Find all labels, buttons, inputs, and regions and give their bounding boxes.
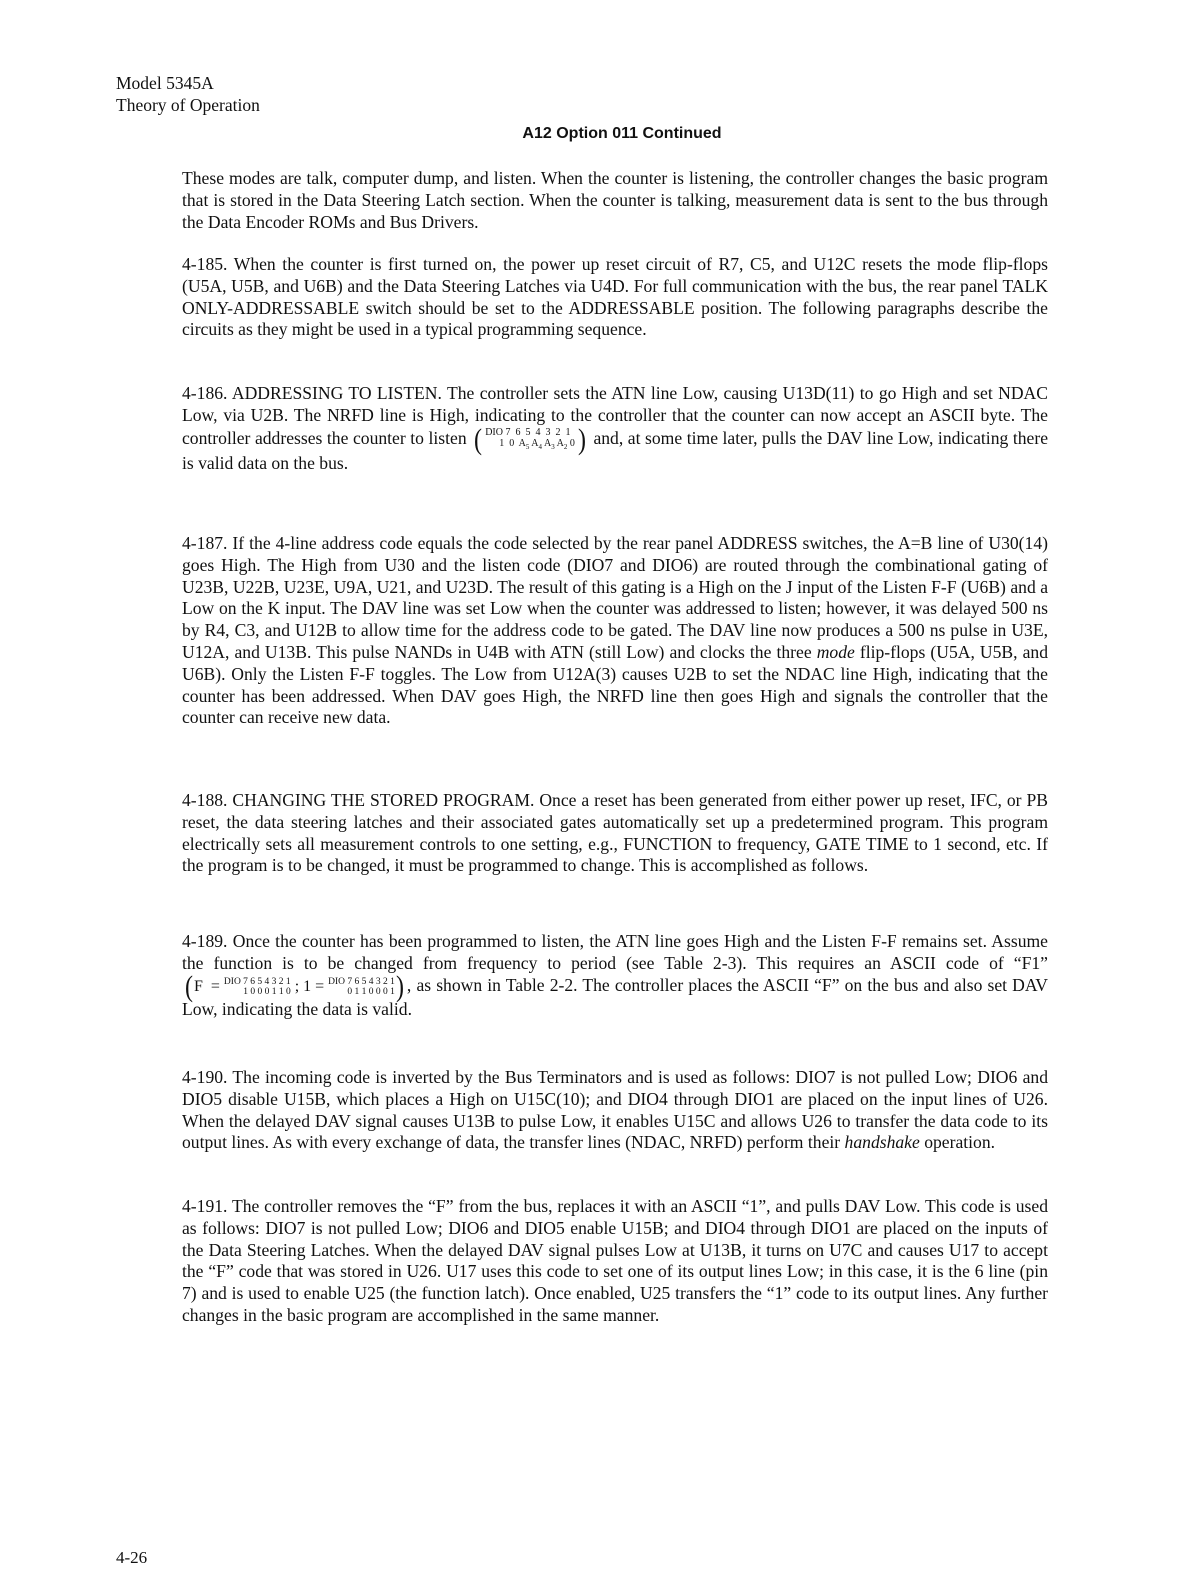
dio-code-rows: DIO 7 6 5 4 3 2 1 1 0 A5 A4 A3 A2 0 (483, 427, 577, 453)
paragraph-text: 4-190. The incoming code is inverted by … (182, 1067, 1048, 1154)
right-paren: ) (578, 428, 586, 452)
right-paren: ) (396, 975, 404, 999)
dio-row-bits: DIO 7 6 5 4 3 2 1 (485, 427, 575, 438)
paragraph-text: 4-186. ADDRESSING TO LISTEN. The control… (182, 383, 1048, 474)
f-code-bits: DIO 7 6 5 4 3 2 1 (224, 977, 291, 987)
paragraph-text: 4-188. CHANGING THE STORED PROGRAM. Once… (182, 790, 1048, 877)
dio-row-values: 1 0 A5 A4 A3 A2 0 (485, 438, 575, 453)
paragraph-4-189: 4-189. Once the counter has been program… (182, 931, 1048, 1020)
f-code-values: 1 0 0 0 1 1 0 (224, 987, 291, 997)
left-paren: ( (185, 975, 193, 999)
one-label: ; 1 = (291, 981, 328, 992)
paragraph-text: 4-191. The controller removes the “F” fr… (182, 1196, 1048, 1327)
paragraph-4-190: 4-190. The incoming code is inverted by … (182, 1067, 1048, 1154)
section-heading: A12 Option 011 Continued (0, 125, 1204, 143)
page-number: 4-26 (116, 1548, 147, 1568)
section-label: Theory of Operation (116, 94, 260, 116)
paragraph-text-rest: operation. (920, 1132, 995, 1152)
intro-paragraph: These modes are talk, computer dump, and… (182, 168, 1048, 233)
paragraph-4-185: 4-185. When the counter is first turned … (182, 254, 1048, 341)
page-header: Model 5345A Theory of Operation (116, 72, 260, 116)
paragraph-4-188: 4-188. CHANGING THE STORED PROGRAM. Once… (182, 790, 1048, 877)
paragraph-4-186: 4-186. ADDRESSING TO LISTEN. The control… (182, 383, 1048, 474)
emphasis-text: handshake (845, 1132, 920, 1152)
left-paren: ( (474, 428, 482, 452)
paragraph-text: These modes are talk, computer dump, and… (182, 168, 1048, 233)
ascii-code-f1: ( F = DIO 7 6 5 4 3 2 1 1 0 0 0 1 1 0 ; … (184, 975, 405, 999)
paragraph-4-191: 4-191. The controller removes the “F” fr… (182, 1196, 1048, 1327)
paragraph-text: 4-189. Once the counter has been program… (182, 931, 1048, 1020)
emphasis-text: mode (817, 642, 855, 662)
paragraph-text-before: 4-189. Once the counter has been program… (182, 931, 1048, 973)
listen-address-code: ( DIO 7 6 5 4 3 2 1 1 0 A5 A4 A3 A2 0 ) (473, 427, 587, 453)
f-code: DIO 7 6 5 4 3 2 1 1 0 0 0 1 1 0 (224, 977, 291, 997)
one-code-values: 0 1 1 0 0 0 1 (328, 987, 395, 997)
one-code: DIO 7 6 5 4 3 2 1 0 1 1 0 0 0 1 (328, 977, 395, 997)
model-label: Model 5345A (116, 72, 260, 94)
paragraph-4-187: 4-187. If the 4-line address code equals… (182, 533, 1048, 729)
one-code-bits: DIO 7 6 5 4 3 2 1 (328, 977, 395, 987)
f-label: F = (194, 981, 224, 992)
paragraph-text: 4-185. When the counter is first turned … (182, 254, 1048, 341)
paragraph-text: 4-187. If the 4-line address code equals… (182, 533, 1048, 729)
